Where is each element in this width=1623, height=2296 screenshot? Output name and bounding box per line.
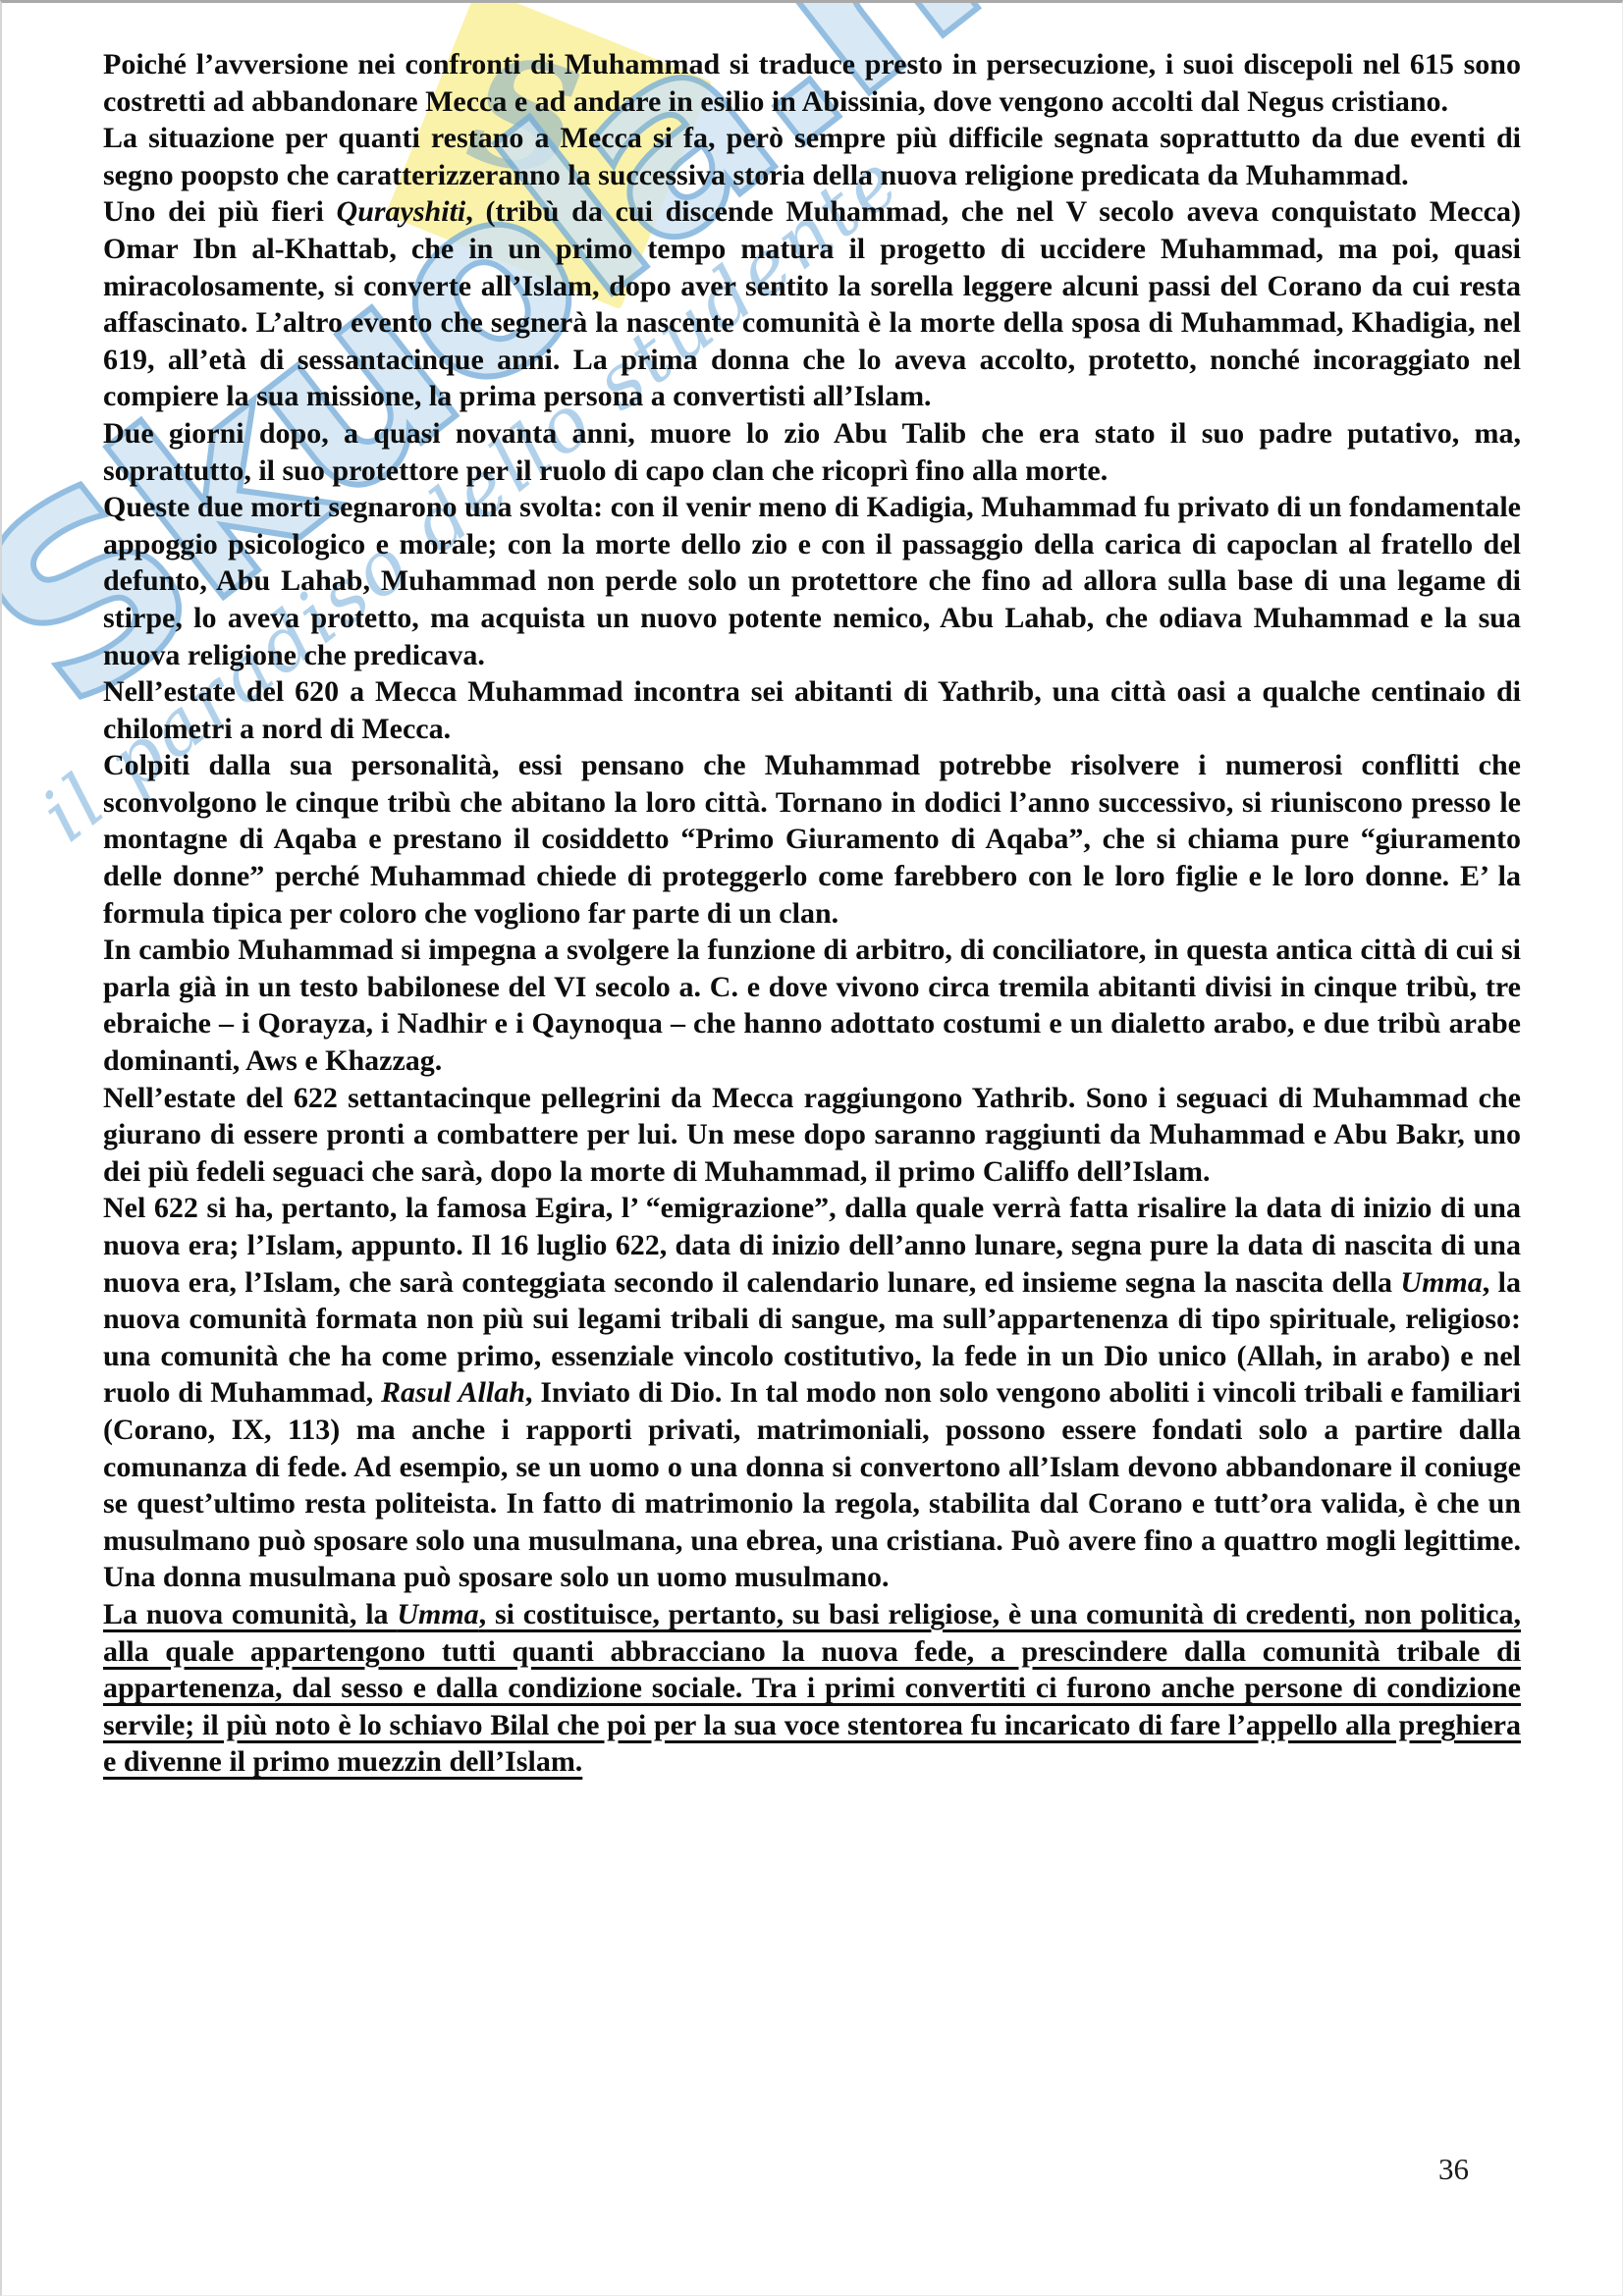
text-run: Nell’estate del 622 settantacinque pelle… bbox=[103, 1082, 1521, 1188]
paragraph: Queste due morti segnarono una svolta: c… bbox=[103, 489, 1521, 673]
document-body: Poiché l’avversione nei confronti di Muh… bbox=[0, 0, 1623, 1781]
paragraph: Due giorni dopo, a quasi novanta anni, m… bbox=[103, 415, 1521, 489]
text-run: La nuova comunità, la bbox=[103, 1598, 397, 1630]
paragraph: Nel 622 si ha, pertanto, la famosa Egira… bbox=[103, 1190, 1521, 1596]
italic-text-run: Umma bbox=[1400, 1266, 1482, 1299]
text-run: Nell’estate del 620 a Mecca Muhammad inc… bbox=[103, 675, 1521, 745]
italic-text-run: Rasul Allah bbox=[381, 1376, 525, 1409]
paragraph: La situazione per quanti restano a Mecca… bbox=[103, 120, 1521, 193]
text-run: Queste due morti segnarono una svolta: c… bbox=[103, 491, 1521, 670]
text-run: Due giorni dopo, a quasi novanta anni, m… bbox=[103, 417, 1521, 487]
paragraph: Uno dei più fieri Qurayshiti, (tribù da … bbox=[103, 193, 1521, 415]
text-run: Uno dei più fieri bbox=[103, 195, 337, 228]
paragraph: Poiché l’avversione nei confronti di Muh… bbox=[103, 46, 1521, 120]
paragraph: Nell’estate del 620 a Mecca Muhammad inc… bbox=[103, 673, 1521, 747]
text-run: In cambio Muhammad si impegna a svolgere… bbox=[103, 934, 1521, 1077]
paragraph: In cambio Muhammad si impegna a svolgere… bbox=[103, 932, 1521, 1079]
italic-text-run: Qurayshiti bbox=[337, 195, 466, 228]
page-number: 36 bbox=[1438, 2152, 1469, 2187]
text-run: , Inviato di Dio. In tal modo non solo v… bbox=[103, 1376, 1521, 1593]
text-run: La situazione per quanti restano a Mecca… bbox=[103, 122, 1521, 191]
text-run: Colpiti dalla sua personalità, essi pens… bbox=[103, 749, 1521, 929]
paragraph: Colpiti dalla sua personalità, essi pens… bbox=[103, 747, 1521, 932]
italic-text-run: Umma bbox=[397, 1598, 478, 1630]
text-run: Poiché l’avversione nei confronti di Muh… bbox=[103, 48, 1521, 118]
paragraph-underlined: La nuova comunità, la Umma, si costituis… bbox=[103, 1596, 1521, 1781]
text-run: , (tribù da cui discende Muhammad, che n… bbox=[103, 195, 1521, 412]
paragraph: Nell’estate del 622 settantacinque pelle… bbox=[103, 1080, 1521, 1191]
text-run: Nel 622 si ha, pertanto, la famosa Egira… bbox=[103, 1192, 1521, 1298]
